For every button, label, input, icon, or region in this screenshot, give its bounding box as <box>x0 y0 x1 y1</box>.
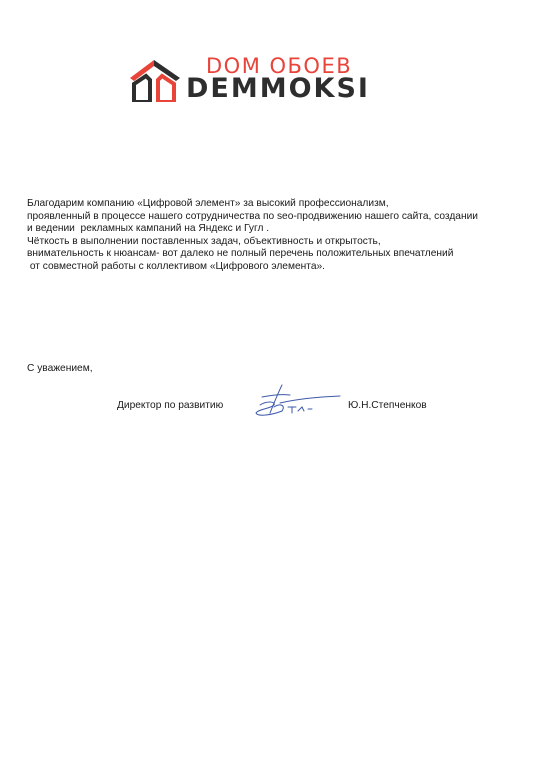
letter-line: от совместной работы с коллективом «Цифр… <box>27 261 517 274</box>
closing-salutation: С уважением, <box>27 363 93 374</box>
handwritten-signature-icon <box>252 383 342 428</box>
house-roof-icon <box>128 58 184 102</box>
letter-line: внимательность к нюансам- вот далеко не … <box>27 248 517 261</box>
signer-name: Ю.Н.Степченков <box>348 400 427 411</box>
company-logo: DOM OБOEB DEMMOKSI <box>128 54 448 104</box>
signer-position: Директор по развитию <box>117 400 223 411</box>
letter-line: Чёткость в выполнении поставленных задач… <box>27 236 517 249</box>
letter-line: и ведении рекламных кампаний на Яндекс и… <box>27 223 517 236</box>
letter-line: Благодарим компанию «Цифровой элемент» з… <box>27 198 517 211</box>
letter-body: Благодарим компанию «Цифровой элемент» з… <box>27 198 517 274</box>
brand-name-bottom: DEMMOKSI <box>186 73 370 104</box>
letter-line: проявленный в процессе нашего сотрудниче… <box>27 211 517 224</box>
